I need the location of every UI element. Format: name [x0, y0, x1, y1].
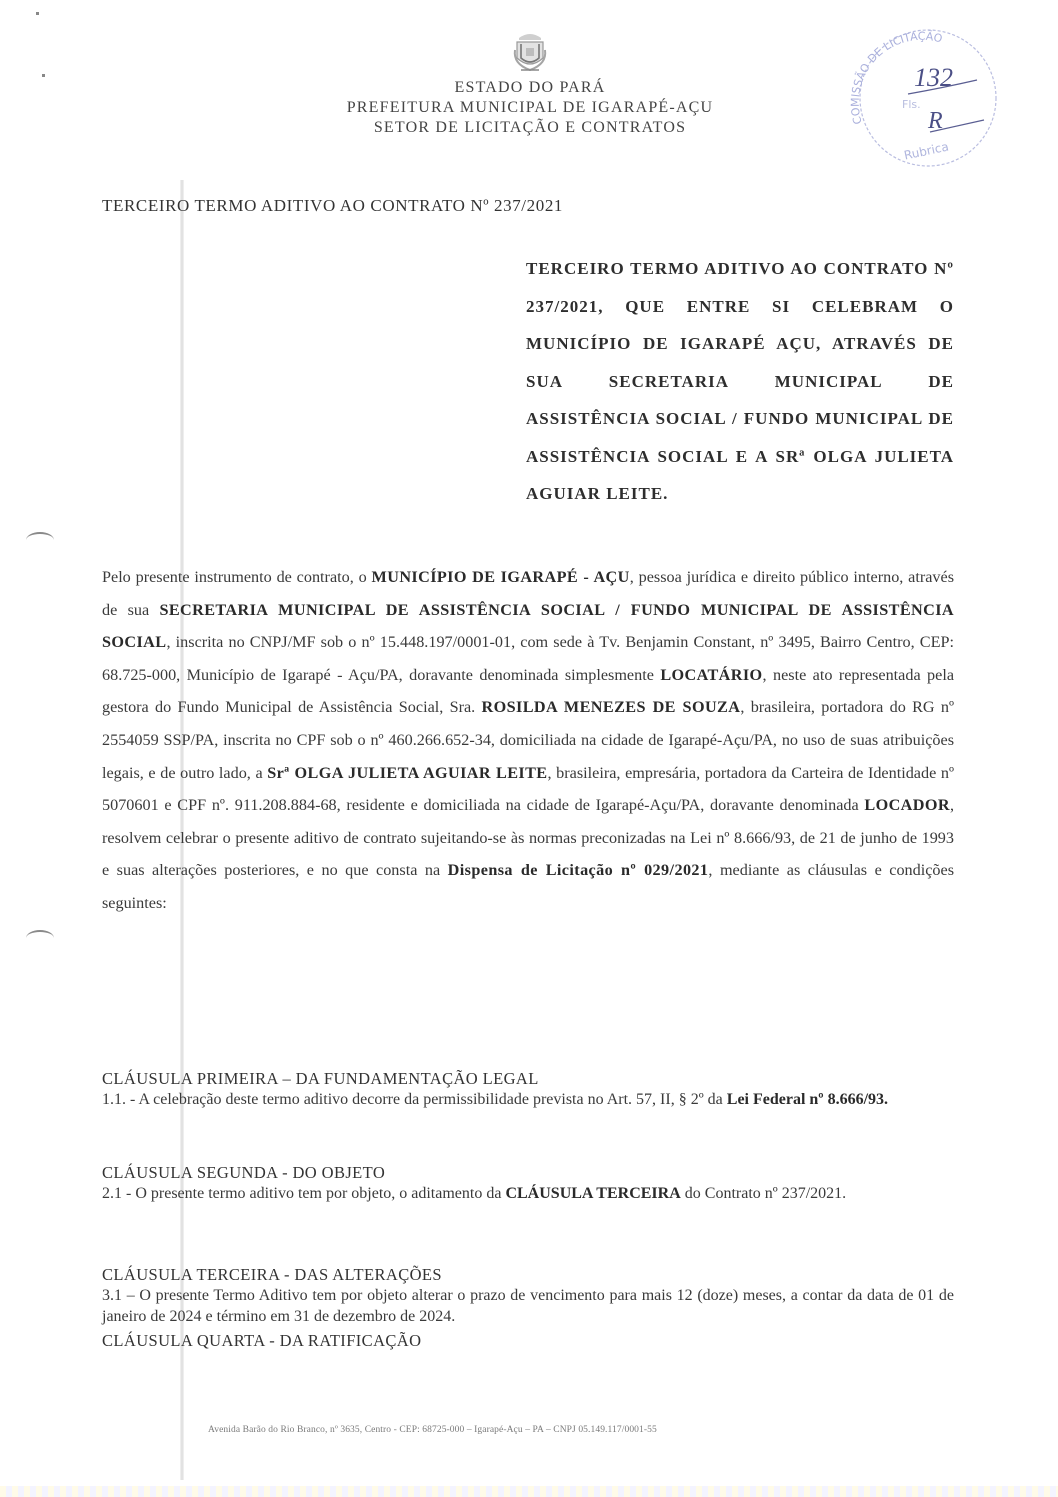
clause-heading: CLÁUSULA QUARTA - DA RATIFICAÇÃO — [102, 1330, 954, 1351]
clause-heading: CLÁUSULA PRIMEIRA – DA FUNDAMENTAÇÃO LEG… — [102, 1068, 954, 1089]
footer-address: Avenida Barão do Rio Branco, nº 3635, Ce… — [208, 1425, 657, 1435]
letterhead-sector: SETOR DE LICITAÇÃO E CONTRATOS — [300, 118, 760, 138]
stamp-page-label: Fls. — [902, 98, 921, 111]
scan-speck — [36, 12, 39, 15]
party-municipality: MUNICÍPIO DE IGARAPÉ - AÇU — [372, 568, 630, 586]
clause-third: CLÁUSULA TERCEIRA - DAS ALTERAÇÕES 3.1 –… — [102, 1264, 954, 1327]
letterhead-city-hall: PREFEITURA MUNICIPAL DE IGARAPÉ-AÇU — [300, 98, 760, 118]
clause-heading: CLÁUSULA SEGUNDA - DO OBJETO — [102, 1162, 954, 1183]
punch-hole-mark — [26, 532, 54, 548]
clause-first: CLÁUSULA PRIMEIRA – DA FUNDAMENTAÇÃO LEG… — [102, 1068, 954, 1110]
clause-text: 3.1 – O presente Termo Aditivo tem por o… — [102, 1285, 954, 1327]
intro-paragraph: Pelo presente instrumento de contrato, o… — [102, 561, 954, 920]
document-preamble: TERCEIRO TERMO ADITIVO AO CONTRATO Nº 23… — [526, 250, 954, 513]
document-title: TERCEIRO TERMO ADITIVO AO CONTRATO Nº 23… — [102, 196, 563, 216]
scan-speck — [42, 74, 45, 77]
scan-edge-strip — [0, 1486, 1058, 1497]
intro-text: Pelo presente instrumento de contrato, o — [102, 568, 372, 586]
committee-stamp: COMISSÃO DE LICITAÇÃO Fls. Rubrica 132 R — [842, 28, 1002, 168]
clause-second: CLÁUSULA SEGUNDA - DO OBJETO 2.1 - O pre… — [102, 1162, 954, 1204]
stamp-page-number: 132 — [914, 63, 953, 92]
clause-heading: CLÁUSULA TERCEIRA - DAS ALTERAÇÕES — [102, 1264, 954, 1285]
punch-hole-mark — [26, 930, 54, 946]
role-lessee: LOCATÁRIO — [660, 666, 762, 684]
clause-fourth: CLÁUSULA QUARTA - DA RATIFICAÇÃO — [102, 1330, 954, 1351]
lessor-name: Srª OLGA JULIETA AGUIAR LEITE — [267, 764, 547, 782]
letterhead-state: ESTADO DO PARÁ — [300, 78, 760, 98]
letterhead: ESTADO DO PARÁ PREFEITURA MUNICIPAL DE I… — [300, 30, 760, 138]
clause-text: 2.1 - O presente termo aditivo tem por o… — [102, 1183, 954, 1204]
clause-text: 1.1. - A celebração deste termo aditivo … — [102, 1089, 954, 1110]
role-lessor: LOCADOR — [864, 796, 950, 814]
representative-name: ROSILDA MENEZES DE SOUZA — [482, 698, 741, 716]
bid-waiver-reference: Dispensa de Licitação nº 029/2021 — [448, 861, 709, 879]
stamp-signature-label: Rubrica — [903, 140, 950, 163]
coat-of-arms-icon — [511, 30, 549, 74]
